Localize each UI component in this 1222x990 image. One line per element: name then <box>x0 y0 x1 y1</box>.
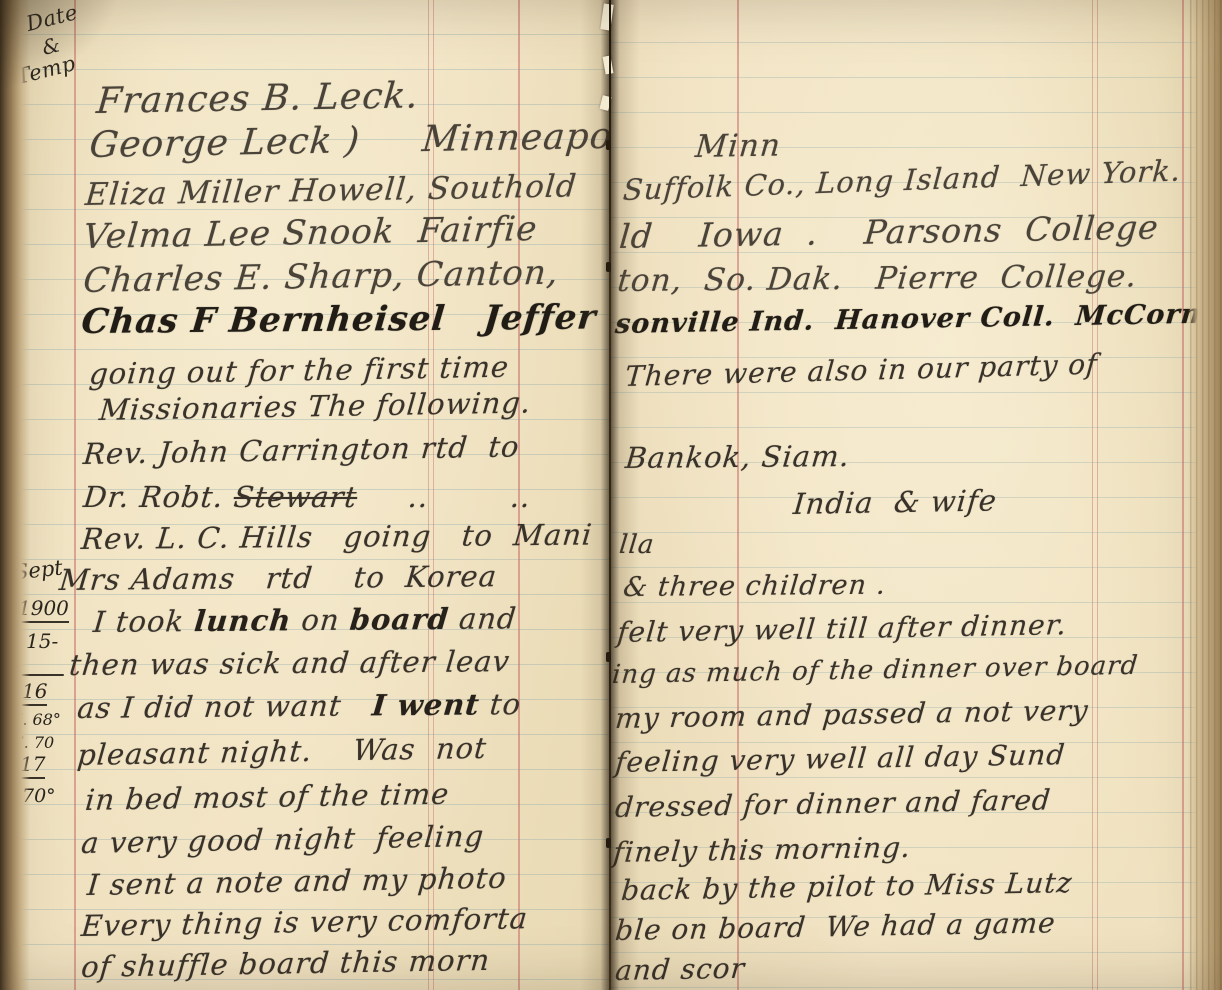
handwritten-line: then was sick and after leav <box>68 647 511 680</box>
handwritten-line: George Leck ) Minneapolis <box>88 118 658 164</box>
binding-stitch <box>606 652 611 662</box>
handwritten-line: sonville Ind. Hanover Coll. McCormick Se… <box>614 298 1222 338</box>
handwritten-line: as I did not want I went to <box>76 690 522 723</box>
handwritten-line: Frances B. Leck. <box>95 78 420 120</box>
handwritten-line: Dr. Robt. Stewart .. .. <box>82 483 532 512</box>
handwritten-line: Charles E. Sharp, Canton, <box>82 256 560 298</box>
handwritten-line: of shuffle board this morn <box>80 946 491 982</box>
handwritten-line: & three children . <box>622 572 887 601</box>
handwritten-line: felt very well till after dinner. <box>616 611 1068 647</box>
handwritten-line: ing as much of the dinner over board <box>611 653 1139 688</box>
binding-stitch <box>606 838 611 848</box>
red-rule-line <box>1097 0 1098 990</box>
page-edge-left <box>0 0 30 990</box>
handwritten-line: feeling very well all day Sund <box>614 741 1067 777</box>
handwritten-line: There were also in our party of <box>624 351 1099 391</box>
page-edge-right <box>1188 0 1222 990</box>
red-rule-line <box>74 0 76 990</box>
handwritten-line: in bed most of the time <box>84 780 451 815</box>
red-rule-line <box>1182 0 1184 990</box>
journal-scan: Date & Temp Sept190015-16M. 68°E. 701770… <box>0 0 1222 990</box>
handwritten-line: going out for the first time <box>88 353 510 389</box>
binding-stitch <box>606 262 611 272</box>
left-page: Date & Temp Sept190015-16M. 68°E. 701770… <box>0 0 610 990</box>
right-page: MinnSuffolk Co., Long Island New York.ld… <box>610 0 1222 990</box>
handwritten-line: Rev. L. C. Hills going to Mani <box>80 521 594 554</box>
handwritten-line: Every thing is very comforta <box>80 904 529 941</box>
handwritten-line: a very good night feeling <box>80 822 485 858</box>
handwritten-line: ton, So. Dak. Pierre College. <box>616 261 1139 297</box>
handwritten-line: Missionaries The following. <box>98 388 532 425</box>
handwritten-line: I sent a note and my photo <box>86 864 508 900</box>
handwritten-line: my room and passed a not very <box>614 697 1090 733</box>
handwritten-line: dressed for dinner and fared <box>614 786 1052 822</box>
handwritten-line: Minn <box>694 130 782 163</box>
handwritten-line: I took lunch on board and <box>92 604 518 637</box>
handwritten-line: finely this morning. <box>612 834 912 867</box>
cover-corner <box>0 0 120 90</box>
handwritten-line: Bankok, Siam. <box>624 442 851 473</box>
handwritten-line: ble on board We had a game <box>614 909 1057 945</box>
handwritten-line: Velma Lee Snook Fairfie <box>82 212 539 254</box>
red-rule-line <box>1092 0 1093 990</box>
handwritten-line: pleasant night. Was not <box>76 734 488 770</box>
handwritten-line: Mrs Adams rtd to Korea <box>58 562 498 595</box>
margin-entry: 15- <box>26 631 58 651</box>
handwritten-line: Eliza Miller Howell, Southold <box>84 171 578 211</box>
handwritten-line: ld Iowa . Parsons College <box>618 211 1160 253</box>
handwritten-line: back by the pilot to Miss Lutz <box>620 869 1074 905</box>
binding-stitch <box>606 140 611 150</box>
handwritten-line: Rev. John Carrington rtd to <box>82 432 521 469</box>
handwritten-line: India & wife <box>792 486 998 519</box>
handwritten-line: Chas F Bernheisel Jeffer <box>80 300 598 339</box>
handwritten-line: lla <box>618 532 656 558</box>
handwritten-line: and scor <box>614 955 746 985</box>
